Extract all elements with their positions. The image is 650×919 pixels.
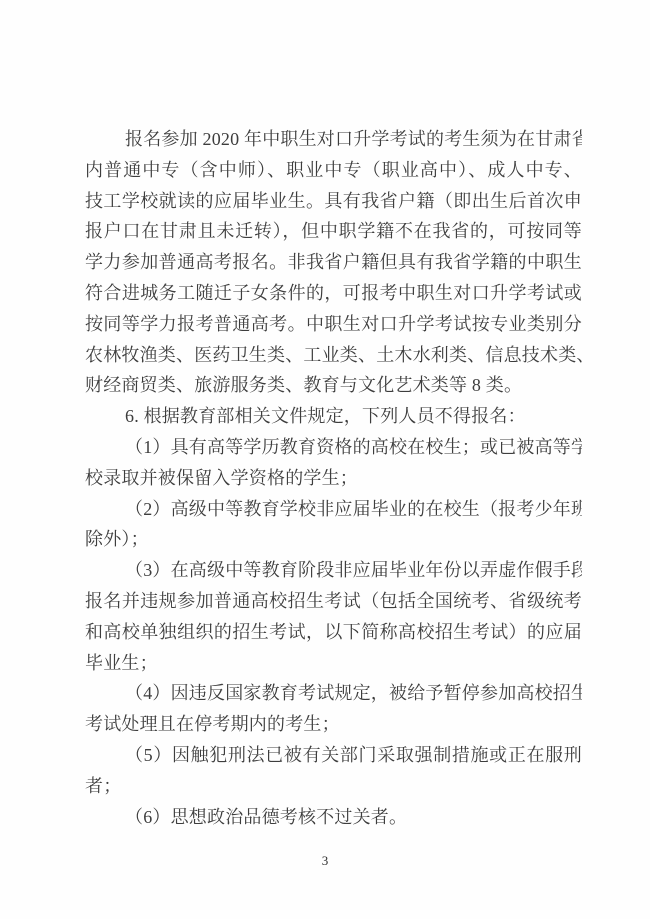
text-line: （4）因违反国家教育考试规定，被给予暂停参加高校招生 — [85, 678, 582, 709]
rule-1: （1）具有高等学历教育资格的高校在校生；或已被高等学校录取并被保留入学资格的学生… — [85, 432, 582, 494]
text-line: （3）在高级中等教育阶段非应届毕业年份以弄虚作假手段 — [85, 555, 582, 586]
text-line: 6. 根据教育部相关文件规定，下列人员不得报名： — [85, 401, 582, 432]
rule-3: （3）在高级中等教育阶段非应届毕业年份以弄虚作假手段报名并违规参加普通高校招生考… — [85, 555, 582, 678]
rule-2: （2）高级中等教育学校非应届毕业的在校生（报考少年班除外）； — [85, 494, 582, 556]
document-body: 报名参加 2020 年中职生对口升学考试的考生须为在甘肃省内普通中专（含中师）、… — [85, 124, 582, 832]
rule-4: （4）因违反国家教育考试规定，被给予暂停参加高校招生考试处理且在停考期内的考生； — [85, 678, 582, 740]
text-line: 报名参加 2020 年中职生对口升学考试的考生须为在甘肃省 — [85, 124, 582, 155]
text-line: 校录取并被保留入学资格的学生； — [85, 463, 582, 494]
text-line: 农林牧渔类、医药卫生类、工业类、土木水利类、信息技术类、 — [85, 340, 582, 371]
text-line: （5）因触犯刑法已被有关部门采取强制措施或正在服刑 — [85, 740, 582, 771]
document-page: 报名参加 2020 年中职生对口升学考试的考生须为在甘肃省内普通中专（含中师）、… — [0, 0, 650, 919]
text-line: 和高校单独组织的招生考试，以下简称高校招生考试）的应届 — [85, 617, 582, 648]
page-number: 3 — [0, 853, 650, 869]
text-line: 毕业生； — [85, 648, 582, 679]
text-line: 除外）； — [85, 524, 582, 555]
text-line: 考试处理且在停考期内的考生； — [85, 709, 582, 740]
section-6-heading: 6. 根据教育部相关文件规定，下列人员不得报名： — [85, 401, 582, 432]
text-line: （1）具有高等学历教育资格的高校在校生；或已被高等学 — [85, 432, 582, 463]
text-line: 符合进城务工随迁子女条件的，可报考中职生对口升学考试或 — [85, 278, 582, 309]
text-line: 报户口在甘肃且未迁转），但中职学籍不在我省的，可按同等 — [85, 216, 582, 247]
text-line: 按同等学力报考普通高考。中职生对口升学考试按专业类别分 — [85, 309, 582, 340]
text-line: 技工学校就读的应届毕业生。具有我省户籍（即出生后首次申 — [85, 186, 582, 217]
rule-5: （5）因触犯刑法已被有关部门采取强制措施或正在服刑者； — [85, 740, 582, 802]
text-line: 财经商贸类、旅游服务类、教育与文化艺术类等 8 类。 — [85, 370, 582, 401]
text-line: 报名并违规参加普通高校招生考试（包括全国统考、省级统考 — [85, 586, 582, 617]
text-line: 内普通中专（含中师）、职业中专（职业高中）、成人中专、 — [85, 155, 582, 186]
rule-6: （6）思想政治品德考核不过关者。 — [85, 802, 582, 833]
text-line: （2）高级中等教育学校非应届毕业的在校生（报考少年班 — [85, 494, 582, 525]
intro-paragraph: 报名参加 2020 年中职生对口升学考试的考生须为在甘肃省内普通中专（含中师）、… — [85, 124, 582, 401]
text-line: （6）思想政治品德考核不过关者。 — [85, 802, 582, 833]
text-line: 学力参加普通高考报名。非我省户籍但具有我省学籍的中职生 — [85, 247, 582, 278]
text-line: 者； — [85, 771, 582, 802]
